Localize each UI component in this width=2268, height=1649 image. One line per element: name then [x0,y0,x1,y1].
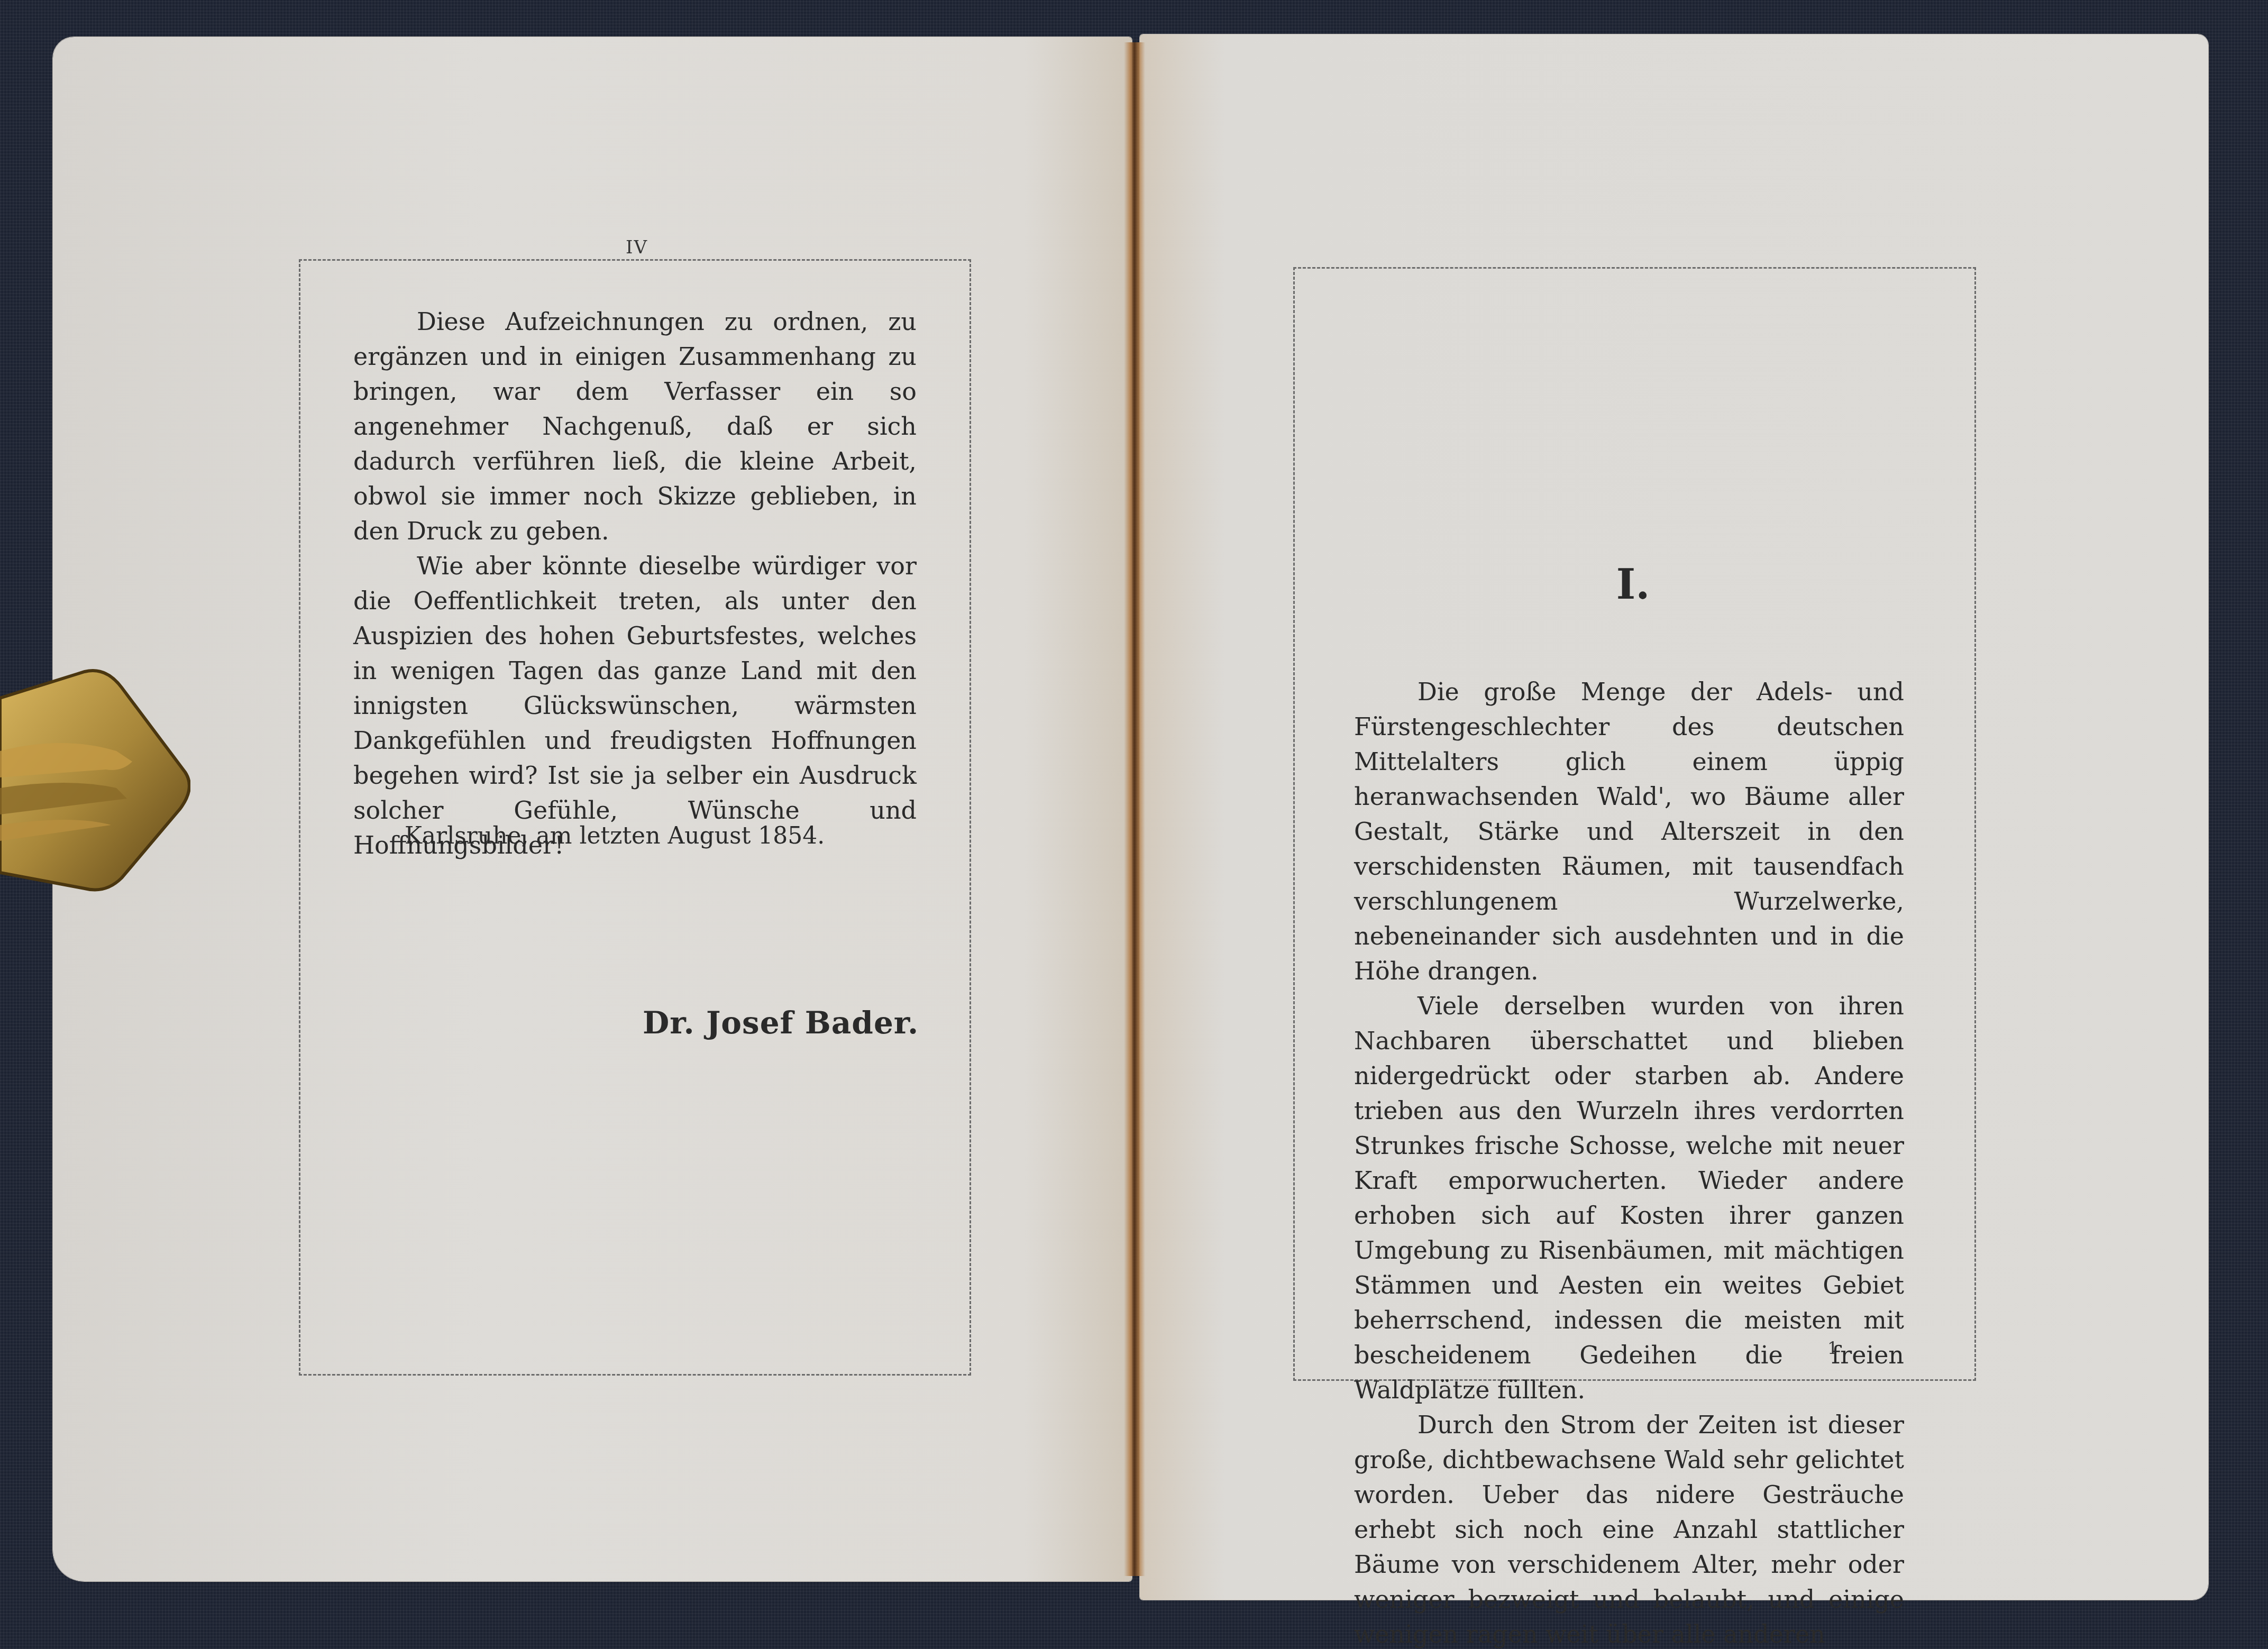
left-text-block: Diese Aufzeichnungen zu ordnen, zu ergän… [353,304,917,863]
place-date: Karlsruhe, am letzten August 1854. [405,822,825,849]
folio-number: IV [626,237,648,258]
left-paragraph-1: Diese Aufzeichnungen zu ordnen, zu ergän… [353,304,917,548]
right-paragraph-2: Viele derselben wurden von ihren Nachbar… [1354,988,1904,1407]
spine-gutter [1124,42,1145,1576]
left-paragraph-2: Wie aber könnte dieselbe würdiger vor di… [353,548,917,863]
right-text-block: Die große Menge der Adels- und Fürstenge… [1354,674,1904,1649]
signature: Dr. Josef Bader. [643,1005,919,1041]
page-number: 1 [1827,1338,1838,1358]
brass-clip-icon [0,656,190,899]
right-paragraph-1: Die große Menge der Adels- und Fürstenge… [1354,674,1904,988]
right-paragraph-3: Durch den Strom der Zeiten ist dieser gr… [1354,1407,1904,1649]
chapter-heading: I. [1293,561,1973,609]
